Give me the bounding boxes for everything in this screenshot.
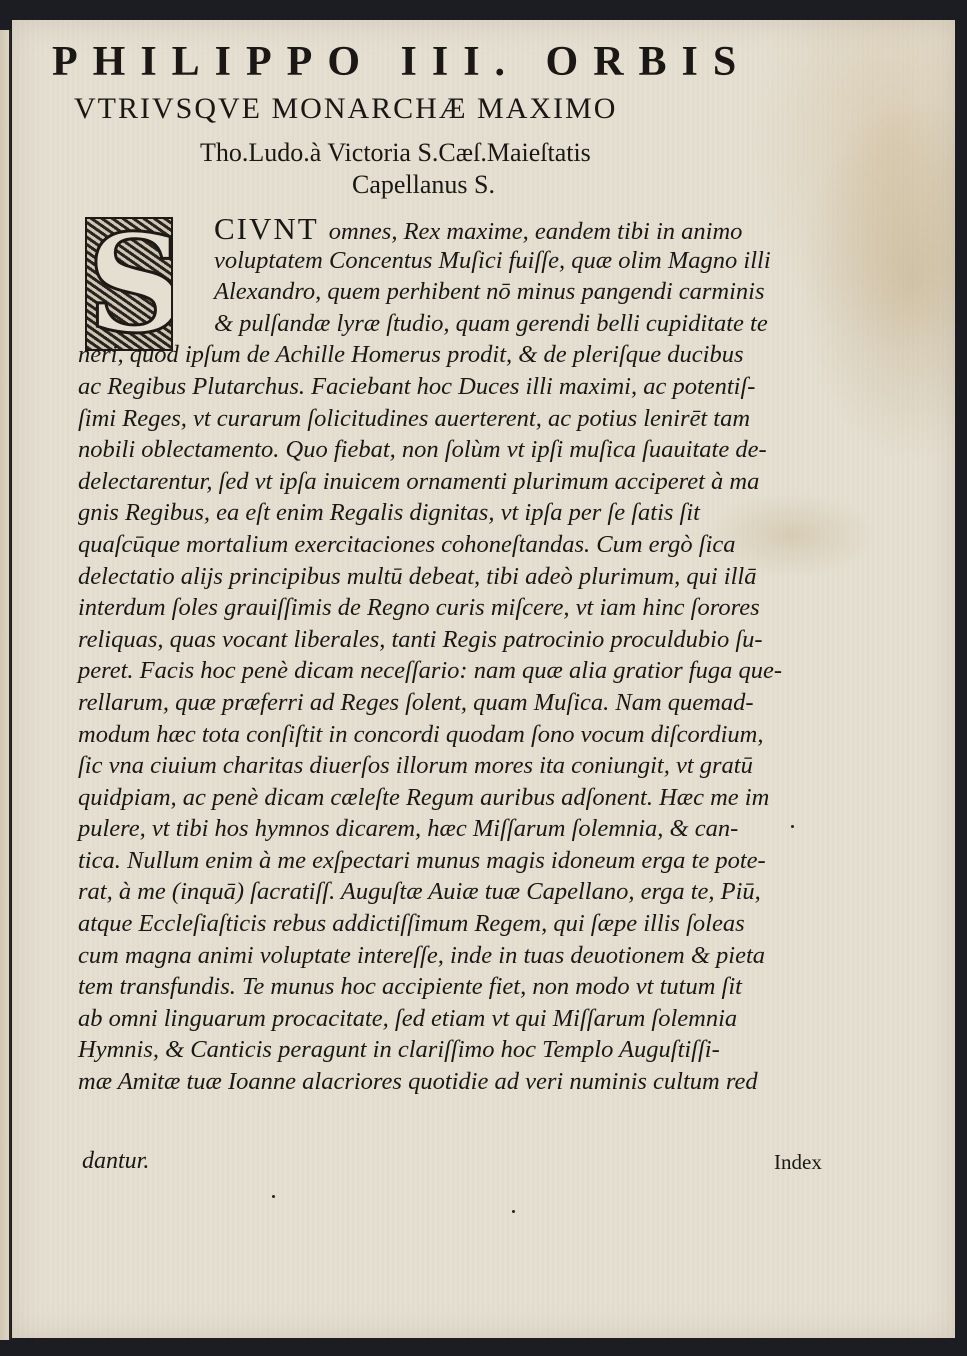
text-line: Hymnis, & Canticis peragunt in clariſſim… [78, 1034, 838, 1066]
text-line: modum hæc tota conſiſtit in concordi quo… [78, 719, 838, 751]
text-line: delectatio alijs principibus multū debea… [78, 561, 838, 593]
text-line: tem transfundis. Te munus hoc accipiente… [78, 971, 838, 1003]
catchword: Index [774, 1150, 822, 1175]
text-line: & pulſandæ lyræ ſtudio, quam gerendi bel… [78, 308, 838, 340]
text-line: nobili oblectamento. Quo fiebat, non ſol… [78, 434, 838, 466]
ink-speck [512, 1210, 515, 1213]
text-line: CIVNTomnes, Rex maxime, eandem tibi in a… [78, 213, 838, 245]
book-page: PHILIPPO III. ORBIS VTRIVSQVE MONARCHÆ M… [12, 20, 955, 1338]
author-title-line: Capellanus S. [352, 170, 495, 200]
text-line: quidpiam, ac penè dicam cæleſte Regum au… [78, 782, 838, 814]
lead-word: CIVNT [214, 211, 319, 246]
text-line: Alexandro, quem perhibent nō minus pange… [78, 276, 838, 308]
text-line: atque Eccleſiaſticis rebus addictiſſimum… [78, 908, 838, 940]
text-line: tica. Nullum enim à me exſpectari munus … [78, 845, 838, 877]
ink-speck [272, 1195, 275, 1198]
dedication-title-line-2: VTRIVSQVE MONARCHÆ MAXIMO [74, 92, 617, 126]
text-line: cum magna animi voluptate intereſſe, ind… [78, 940, 838, 972]
text-line: gnis Regibus, ea eſt enim Regalis dignit… [78, 497, 838, 529]
text-line: ſimi Reges, vt curarum ſolicitudines aue… [78, 403, 838, 435]
ink-speck [791, 825, 794, 828]
text-line: mæ Amitæ tuæ Ioanne alacriores quotidie … [78, 1066, 838, 1098]
text-line: reliquas, quas vocant liberales, tanti R… [78, 624, 838, 656]
text-line: interdum ſoles grauiſſimis de Regno curi… [78, 592, 838, 624]
text-line: pulere, vt tibi hos hymnos dicarem, hæc … [78, 813, 838, 845]
text-line: voluptatem Concentus Muſici fuiſſe, quæ … [78, 245, 838, 277]
text-line: ab omni linguarum procacitate, ſed etiam… [78, 1003, 838, 1035]
text-line: delectarentur, ſed vt ipſa inuicem ornam… [78, 466, 838, 498]
text-line: rat, à me (inquā) ſacratiſſ. Auguſtæ Aui… [78, 876, 838, 908]
dedication-body: CIVNTomnes, Rex maxime, eandem tibi in a… [78, 213, 838, 1098]
text-line-content: omnes, Rex maxime, eandem tibi in animo [329, 218, 743, 245]
facing-page-edge [0, 30, 11, 1340]
final-line: dantur. [82, 1148, 149, 1175]
text-line: quaſcūque mortalium exercitaciones cohon… [78, 529, 838, 561]
dedication-title-line-1: PHILIPPO III. ORBIS [52, 38, 751, 86]
text-line: rellarum, quæ præferri ad Reges ſolent, … [78, 687, 838, 719]
text-line: ac Regibus Plutarchus. Faciebant hoc Duc… [78, 371, 838, 403]
text-line: ſic vna ciuium charitas diuerſos illorum… [78, 750, 838, 782]
author-line: Tho.Ludo.à Victoria S.Cæſ.Maieſtatis [200, 138, 591, 168]
text-line: peret. Facis hoc penè dicam neceſſario: … [78, 655, 838, 687]
text-line: neri, quod ipſum de Achille Homerus prod… [78, 339, 838, 371]
